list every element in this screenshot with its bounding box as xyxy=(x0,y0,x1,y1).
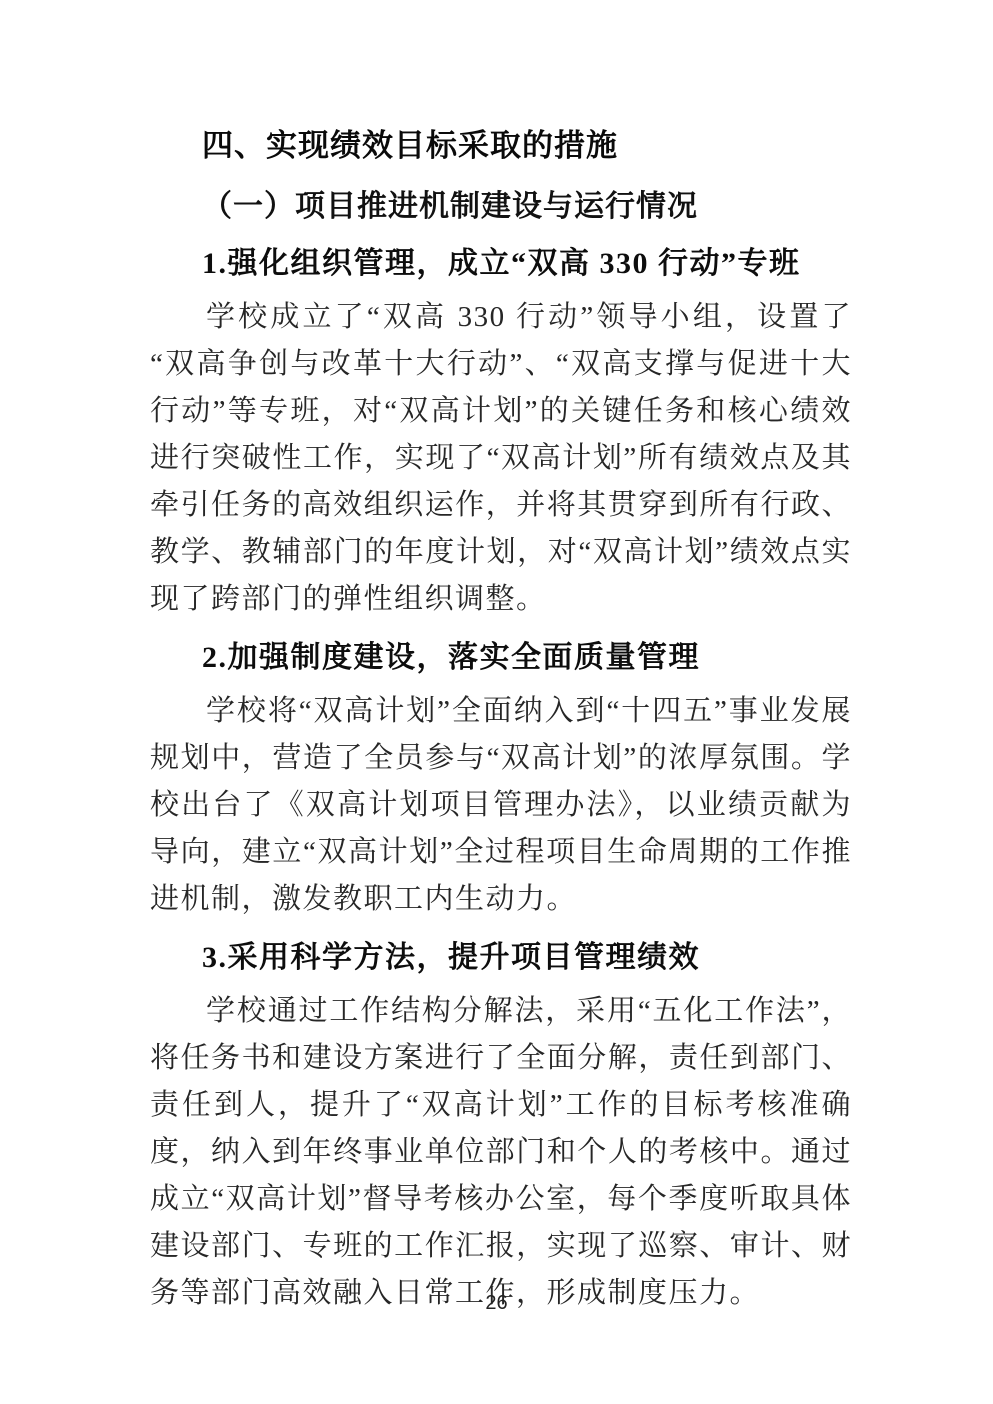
document-page: 四、实现绩效目标采取的措施 （一）项目推进机制建设与运行情况 1.强化组织管理，… xyxy=(0,0,993,1404)
subsection-1-heading: 1.强化组织管理，成立“双高 330 行动”专班 xyxy=(150,242,852,286)
document-content: 四、实现绩效目标采取的措施 （一）项目推进机制建设与运行情况 1.强化组织管理，… xyxy=(150,124,852,1317)
subsection-3-paragraph: 学校通过工作结构分解法，采用“五化工作法”，将任务书和建设方案进行了全面分解，责… xyxy=(150,988,852,1317)
subsection-2-heading: 2.加强制度建设，落实全面质量管理 xyxy=(150,636,852,680)
subsection-1-paragraph: 学校成立了“双高 330 行动”领导小组，设置了“双高争创与改革十大行动”、“双… xyxy=(150,294,852,623)
page-number: 26 xyxy=(0,1292,993,1315)
section-title: （一）项目推进机制建设与运行情况 xyxy=(150,185,852,229)
subsection-3-heading: 3.采用科学方法，提升项目管理绩效 xyxy=(150,936,852,980)
subsection-2-paragraph: 学校将“双高计划”全面纳入到“十四五”事业发展规划中，营造了全员参与“双高计划”… xyxy=(150,688,852,923)
main-title: 四、实现绩效目标采取的措施 xyxy=(150,124,852,168)
